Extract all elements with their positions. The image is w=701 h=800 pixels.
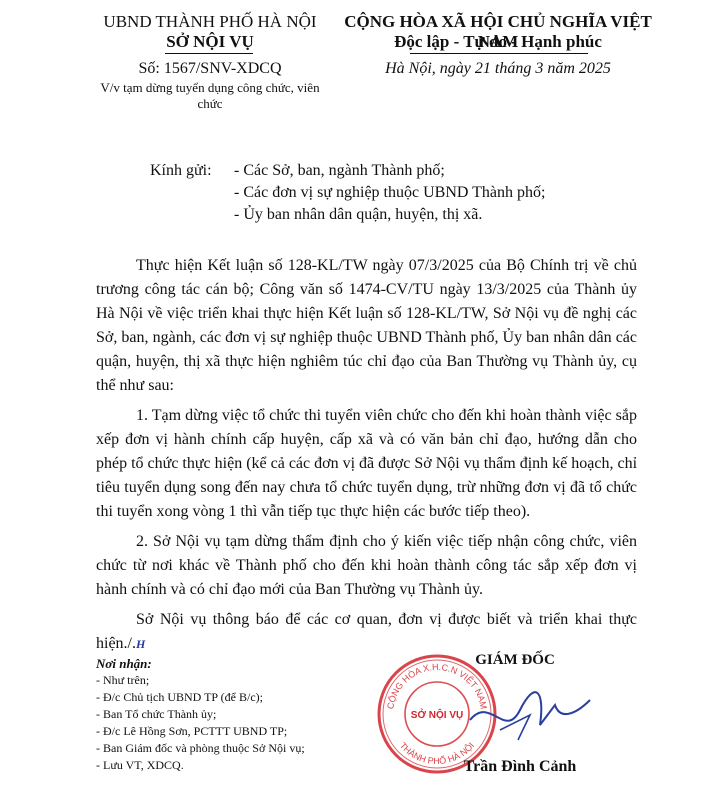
distribution-item: - Đ/c Lê Hồng Sơn, PCTTT UBND TP;	[96, 723, 356, 740]
document-number: Số: 1567/SNV-XDCQ	[95, 60, 325, 78]
signer-name: Trần Đình Cảnh	[430, 758, 610, 776]
svg-text:SỞ NỘI VỤ: SỞ NỘI VỤ	[411, 708, 463, 721]
issuing-agency: UBND THÀNH PHỐ HÀ NỘI	[95, 12, 325, 32]
distribution-item: - Ban Giám đốc và phòng thuộc Sở Nội vụ;	[96, 740, 356, 757]
distribution-item: - Đ/c Chủ tịch UBND TP (để B/c);	[96, 689, 356, 706]
item-1-paragraph: 1. Tạm dừng việc tổ chức thi tuyển viên …	[96, 404, 637, 524]
distribution-item: - Ban Tổ chức Thành ủy;	[96, 706, 356, 723]
motto-underline	[410, 53, 588, 54]
intro-paragraph: Thực hiện Kết luận số 128-KL/TW ngày 07/…	[96, 254, 637, 398]
document-body: Thực hiện Kết luận số 128-KL/TW ngày 07/…	[96, 254, 637, 656]
initial-mark: H	[136, 637, 145, 651]
department-underline	[165, 53, 253, 54]
document-subject: V/v tạm dừng tuyển dụng công chức, viên …	[95, 80, 325, 112]
distribution-list: Nơi nhận: - Như trên; - Đ/c Chủ tịch UBN…	[96, 655, 356, 774]
closing-paragraph: Sở Nội vụ thông báo để các cơ quan, đơn …	[96, 608, 637, 656]
recipient-item: - Các đơn vị sự nghiệp thuộc UBND Thành …	[234, 182, 545, 203]
distribution-item: - Lưu VT, XDCQ.	[96, 757, 356, 774]
national-motto: Độc lập - Tự do - Hạnh phúc	[333, 32, 663, 52]
distribution-title: Nơi nhận:	[96, 655, 356, 672]
recipient-item: - Các Sở, ban, ngành Thành phố;	[234, 160, 445, 181]
closing-text: Sở Nội vụ thông báo để các cơ quan, đơn …	[96, 611, 637, 652]
signature-icon	[460, 680, 600, 750]
distribution-item: - Như trên;	[96, 672, 356, 689]
issuing-department: SỞ NỘI VỤ	[95, 32, 325, 52]
item-2-paragraph: 2. Sở Nội vụ tạm dừng thẩm định cho ý ki…	[96, 530, 637, 602]
recipient-item: - Ủy ban nhân dân quận, huyện, thị xã.	[234, 204, 482, 225]
document-date: Hà Nội, ngày 21 tháng 3 năm 2025	[333, 60, 663, 78]
